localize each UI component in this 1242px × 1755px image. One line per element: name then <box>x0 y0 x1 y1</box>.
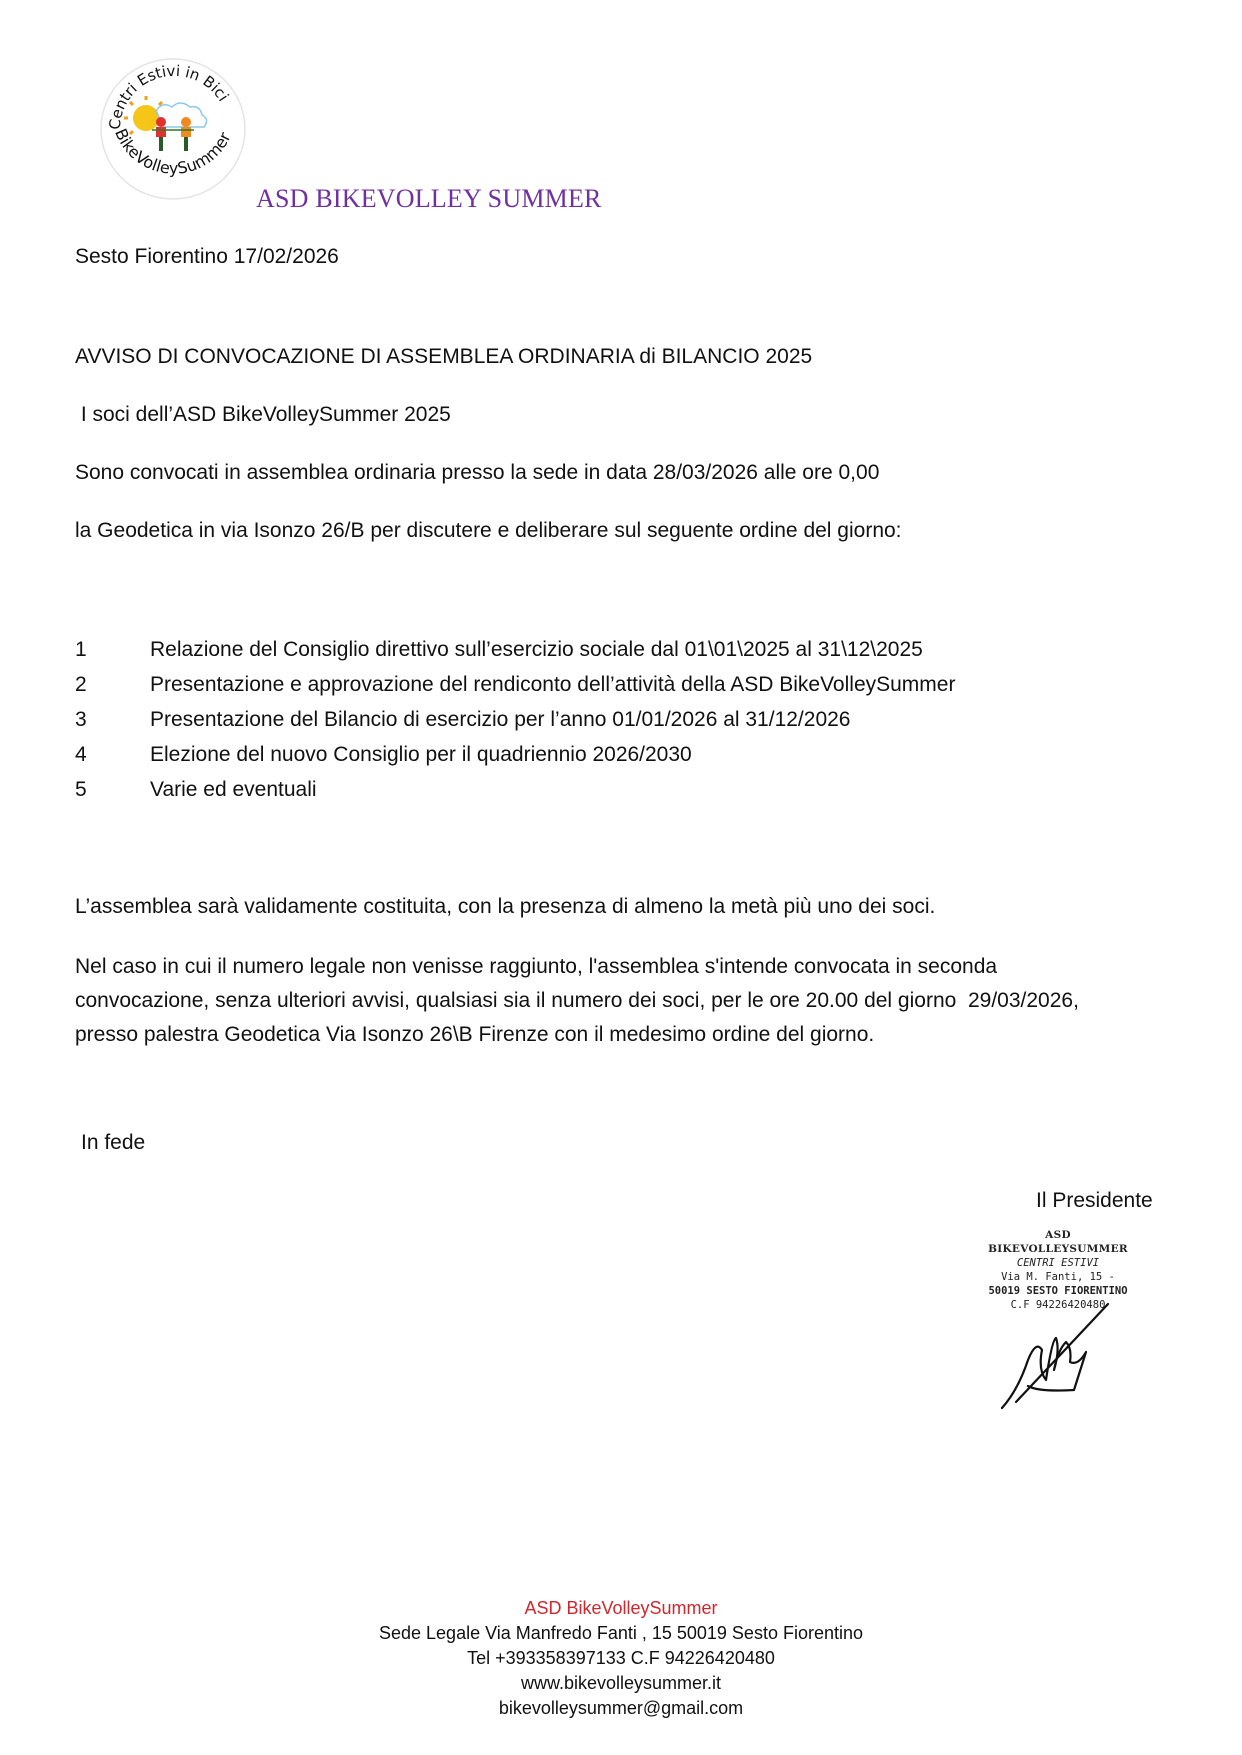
stamp-line: CENTRI ESTIVI <box>978 1256 1138 1270</box>
agenda-item-text: Relazione del Consiglio direttivo sull’e… <box>150 637 923 663</box>
validity-paragraph: L’assemblea sarà validamente costituita,… <box>75 894 935 920</box>
agenda-item-number: 3 <box>75 707 150 733</box>
stamp-line: Via M. Fanti, 15 - <box>978 1270 1138 1284</box>
agenda-item-number: 2 <box>75 672 150 698</box>
closing: In fede <box>81 1130 145 1156</box>
place-date: Sesto Fiorentino 17/02/2026 <box>75 244 339 270</box>
agenda-item: 5 Varie ed eventuali <box>75 772 1075 807</box>
agenda-item-number: 5 <box>75 777 150 803</box>
letter-subject: AVVISO DI CONVOCAZIONE DI ASSEMBLEA ORDI… <box>75 344 812 370</box>
agenda-item-text: Varie ed eventuali <box>150 777 317 803</box>
addressees: I soci dell’ASD BikeVolleySummer 2025 <box>75 402 451 428</box>
agenda-list: 1 Relazione del Consiglio direttivo sull… <box>75 632 1075 807</box>
footer-address: Sede Legale Via Manfredo Fanti , 15 5001… <box>0 1621 1242 1646</box>
stamp-line: 50019 SESTO FIORENTINO <box>978 1284 1138 1298</box>
second-call-paragraph: Nel caso in cui il numero legale non ven… <box>75 950 1185 1052</box>
footer-website-link[interactable]: www.bikevolleysummer.it <box>0 1671 1242 1696</box>
agenda-item-text: Elezione del nuovo Consiglio per il quad… <box>150 742 692 768</box>
footer-contact: Tel +393358397133 C.F 94226420480 <box>0 1646 1242 1671</box>
bikevolley-summer-logo-icon: Centri Estivi in Bici BikeVolleySummer <box>98 56 248 202</box>
stamp-line: ASD BIKEVOLLEYSUMMER <box>978 1228 1138 1256</box>
agenda-item-text: Presentazione del Bilancio di esercizio … <box>150 707 851 733</box>
agenda-item: 3 Presentazione del Bilancio di esercizi… <box>75 702 1075 737</box>
footer-organization: ASD BikeVolleySummer <box>0 1596 1242 1621</box>
organization-heading: ASD BIKEVOLLEY SUMMER <box>256 184 602 214</box>
agenda-item: 2 Presentazione e approvazione del rendi… <box>75 667 1075 702</box>
second-call-line: convocazione, senza ulteriori avvisi, qu… <box>75 984 1185 1018</box>
second-call-line: presso palestra Geodetica Via Isonzo 26\… <box>75 1018 1185 1052</box>
agenda-item-number: 1 <box>75 637 150 663</box>
agenda-item-number: 4 <box>75 742 150 768</box>
signatory-title: Il Presidente <box>1036 1188 1153 1214</box>
agenda-item: 1 Relazione del Consiglio direttivo sull… <box>75 632 1075 667</box>
agenda-item: 4 Elezione del nuovo Consiglio per il qu… <box>75 737 1075 772</box>
footer-email-link[interactable]: bikevolleysummer@gmail.com <box>0 1696 1242 1721</box>
signature-icon <box>998 1300 1118 1410</box>
second-call-line: Nel caso in cui il numero legale non ven… <box>75 950 1185 984</box>
convocation-line-1: Sono convocati in assemblea ordinaria pr… <box>75 460 879 486</box>
convocation-line-2: la Geodetica in via Isonzo 26/B per disc… <box>75 518 902 544</box>
letterhead-footer: ASD BikeVolleySummer Sede Legale Via Man… <box>0 1596 1242 1721</box>
agenda-item-text: Presentazione e approvazione del rendico… <box>150 672 955 698</box>
